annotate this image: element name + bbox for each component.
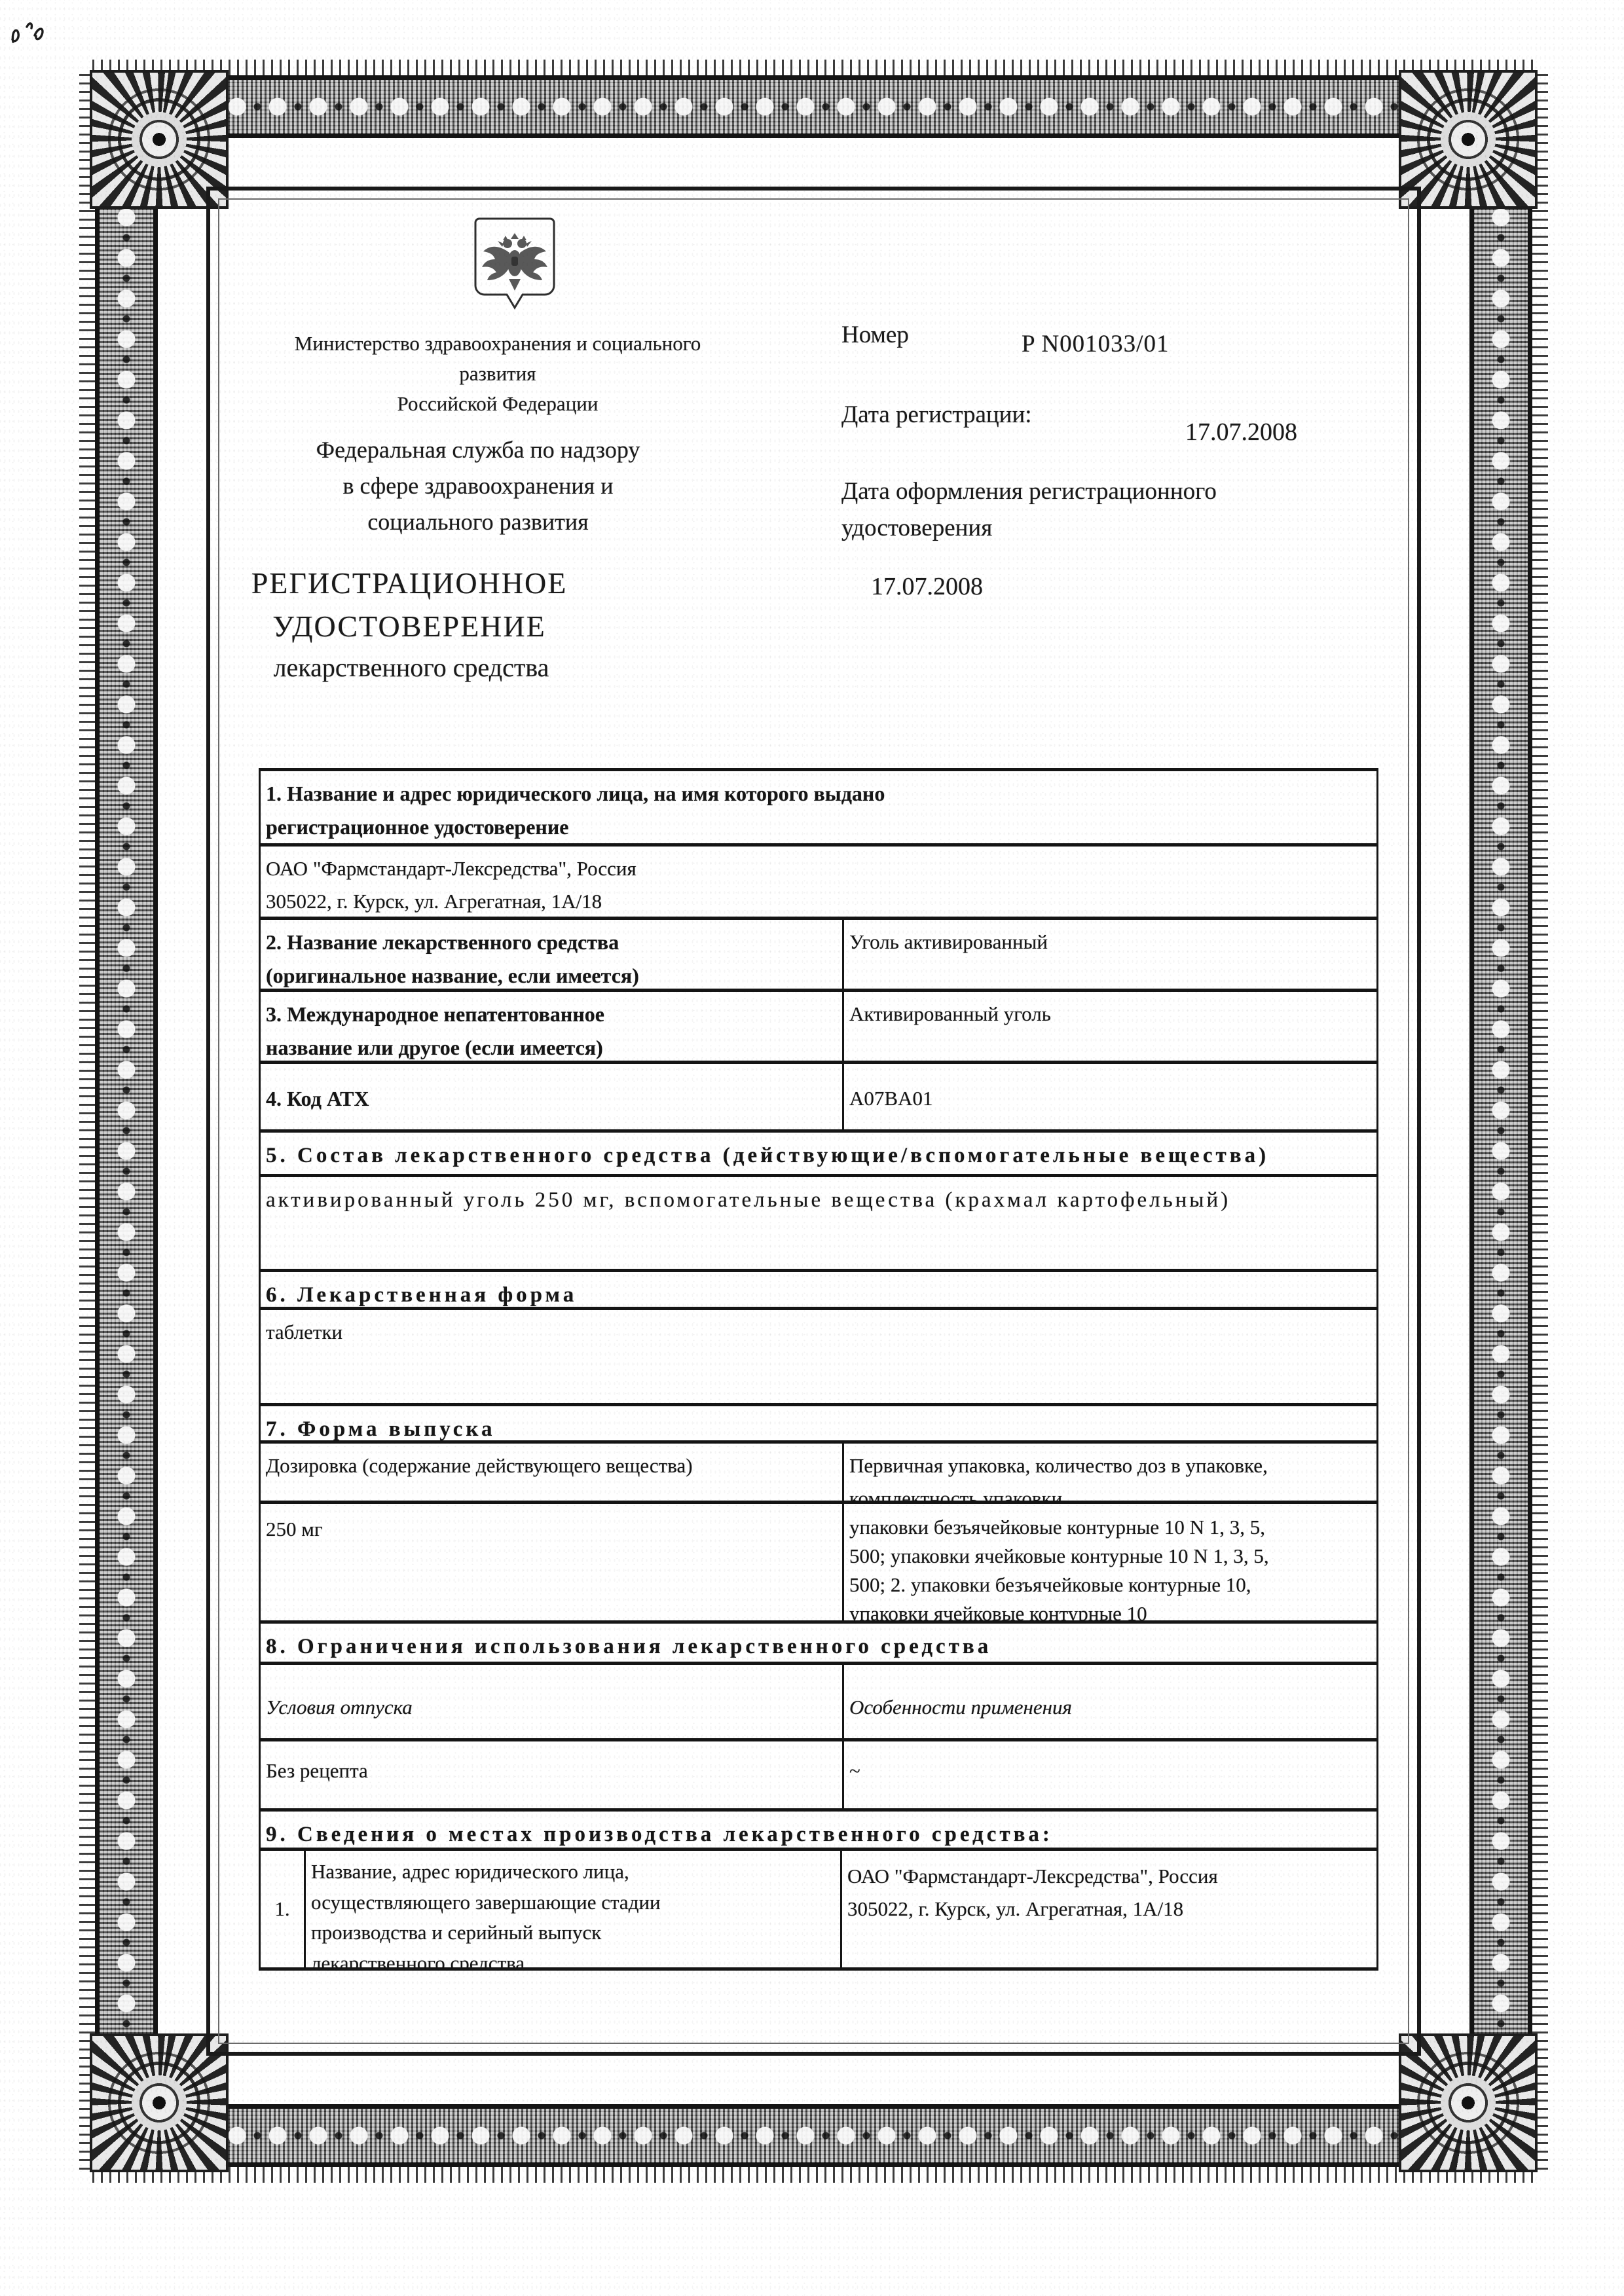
section-9-producer-row: 1. Название, адрес юридического лица, ос… (261, 1848, 1376, 1967)
section-2-row: 2. Название лекарственного средства (ори… (261, 917, 1376, 989)
certificate-table: 1. Название и адрес юридического лица, н… (259, 768, 1378, 1971)
section-1-header-row: 1. Название и адрес юридического лица, н… (261, 771, 1376, 843)
registration-date-value: 17.07.2008 (1185, 418, 1297, 446)
section-7-title: 7. Форма выпуска (261, 1406, 1376, 1440)
section-6-title: 6. Лекарственная форма (261, 1272, 1376, 1307)
section-6-value-row: таблетки (261, 1307, 1376, 1403)
issue-date-value: 17.07.2008 (871, 572, 983, 601)
application-features-value: ~ (842, 1741, 1376, 1808)
registration-date-label: Дата регистрации: (841, 401, 1032, 429)
number-label: Номер (841, 321, 909, 349)
section-2-question: 2. Название лекарственного средства (ори… (261, 920, 842, 989)
section-6-header-row: 6. Лекарственная форма (261, 1269, 1376, 1307)
section-4-question: 4. Код АТХ (261, 1064, 842, 1129)
section-4-answer: A07BA01 (842, 1064, 1376, 1129)
federal-service-name: Федеральная служба по надзору в сфере зд… (223, 432, 733, 540)
section-1-value-row: ОАО "Фармстандарт-Лексредства", Россия 3… (261, 843, 1376, 917)
section-1-title: 1. Название и адрес юридического лица, н… (261, 771, 1376, 843)
dispensing-conditions-value: Без рецепта (261, 1741, 842, 1808)
scanned-certificate-page: Министерство здравоохранения и социально… (0, 0, 1624, 2296)
section-7-pack-value: упаковки безъячейковые контурные 10 N 1,… (842, 1504, 1376, 1620)
section-4-row: 4. Код АТХ A07BA01 (261, 1061, 1376, 1129)
section-7-value-row: 250 мг упаковки безъячейковые контурные … (261, 1501, 1376, 1620)
section-8-values-row: Без рецепта ~ (261, 1738, 1376, 1808)
number-value: P N001033/01 (1022, 330, 1169, 358)
producer-answer: ОАО "Фармстандарт-Лексредства", Россия 3… (840, 1851, 1376, 1967)
document-title: РЕГИСТРАЦИОННОЕ УДОСТОВЕРЕНИЕ (216, 562, 602, 648)
section-7-subheader-row: Дозировка (содержание действующего вещес… (261, 1440, 1376, 1501)
producer-question: Название, адрес юридического лица, осуще… (304, 1851, 840, 1967)
application-features-label: Особенности применения (842, 1665, 1376, 1738)
section-6-value: таблетки (261, 1310, 1376, 1349)
dispensing-conditions-label: Условия отпуска (261, 1665, 842, 1738)
producer-row-number: 1. (261, 1851, 304, 1967)
section-1-value: ОАО "Фармстандарт-Лексредства", Россия 3… (261, 847, 1376, 917)
document-subtitle: лекарственного средства (216, 652, 606, 683)
section-3-row: 3. Международное непатентованное названи… (261, 989, 1376, 1061)
section-7-dose-column-header: Дозировка (содержание действующего вещес… (261, 1444, 842, 1501)
section-8-title: 8. Ограничения использования лекарственн… (261, 1624, 1376, 1662)
section-3-question: 3. Международное непатентованное названи… (261, 992, 842, 1061)
issue-date-label: Дата оформления регистрационного удостов… (841, 473, 1372, 547)
section-7-dose-value: 250 мг (261, 1504, 842, 1620)
section-2-answer: Уголь активированный (842, 920, 1376, 989)
section-8-header-row: 8. Ограничения использования лекарственн… (261, 1620, 1376, 1662)
section-9-header-row: 9. Сведения о местах производства лекарс… (261, 1808, 1376, 1848)
section-5-header-row: 5. Состав лекарственного средства (дейст… (261, 1129, 1376, 1174)
section-9-title: 9. Сведения о местах производства лекарс… (261, 1812, 1376, 1848)
certificate-content: Министерство здравоохранения и социально… (0, 0, 1624, 2296)
section-5-value-row: активированный уголь 250 мг, вспомогател… (261, 1174, 1376, 1269)
section-5-value: активированный уголь 250 мг, вспомогател… (261, 1177, 1376, 1218)
section-3-answer: Активированный уголь (842, 992, 1376, 1061)
section-7-header-row: 7. Форма выпуска (261, 1403, 1376, 1440)
section-5-title: 5. Состав лекарственного средства (дейст… (261, 1133, 1376, 1173)
section-8-labels-row: Условия отпуска Особенности применения (261, 1662, 1376, 1738)
ministry-name: Министерство здравоохранения и социально… (223, 329, 773, 419)
section-7-pack-column-header: Первичная упаковка, количество доз в упа… (842, 1444, 1376, 1501)
pen-scribble-icon (5, 12, 60, 52)
russia-coat-of-arms-icon (471, 213, 558, 319)
